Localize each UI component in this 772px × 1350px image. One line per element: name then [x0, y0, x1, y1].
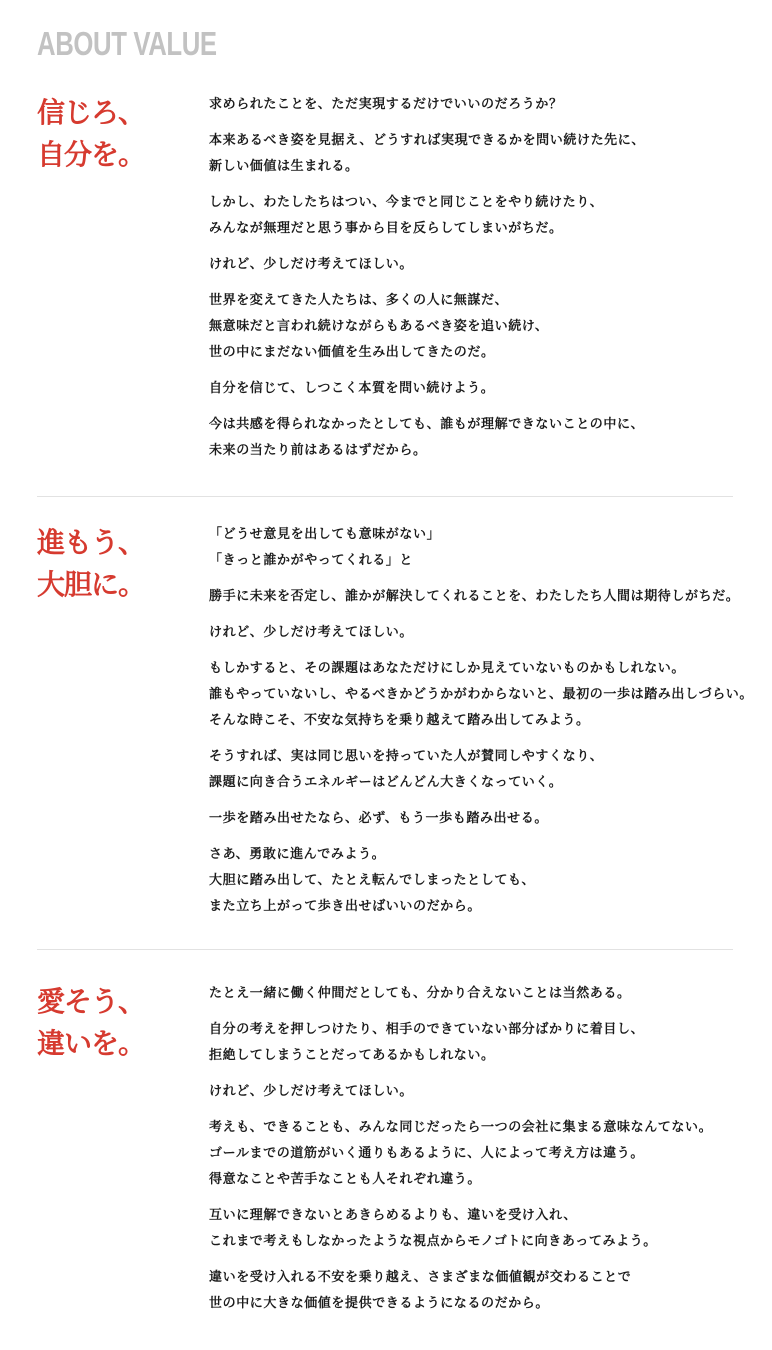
text-line: けれど、少しだけ考えてほしい。 — [209, 252, 769, 278]
paragraph: 本来あるべき姿を見据え、どうすれば実現できるかを問い続けた先に、 新しい価値は生… — [209, 128, 769, 180]
text-line: 誰もやっていないし、やるべきかどうかがわからないと、最初の一歩は踏み出しづらい。 — [209, 682, 769, 708]
heading-line: 違いを。 — [37, 1023, 145, 1065]
heading-line: 進もう、 — [37, 522, 145, 564]
paragraph: 自分を信じて、しつこく本質を問い続けよう。 — [209, 376, 769, 402]
paragraph: けれど、少しだけ考えてほしい。 — [209, 1079, 769, 1105]
text-line: もしかすると、その課題はあなただけにしか見えていないものかもしれない。 — [209, 656, 769, 682]
paragraph: もしかすると、その課題はあなただけにしか見えていないものかもしれない。 誰もやっ… — [209, 656, 769, 734]
text-line: 未来の当たり前はあるはずだから。 — [209, 438, 769, 464]
text-line: 得意なことや苦手なことも人それぞれ違う。 — [209, 1167, 769, 1193]
paragraph: 「どうせ意見を出しても意味がない」 「きっと誰かがやってくれる」と — [209, 522, 769, 574]
paragraph: けれど、少しだけ考えてほしい。 — [209, 252, 769, 278]
section-body: たとえ一緒に働く仲間だとしても、分かり合えないことは当然ある。 自分の考えを押し… — [209, 981, 769, 1327]
section-heading: 信じろ、 自分を。 — [37, 92, 145, 176]
text-line: 自分を信じて、しつこく本質を問い続けよう。 — [209, 376, 769, 402]
text-line: けれど、少しだけ考えてほしい。 — [209, 1079, 769, 1105]
text-line: 「きっと誰かがやってくれる」と — [209, 548, 769, 574]
text-line: みんなが無理だと思う事から目を反らしてしまいがちだ。 — [209, 216, 769, 242]
text-line: 一歩を踏み出せたなら、必ず、もう一歩も踏み出せる。 — [209, 806, 769, 832]
paragraph: 一歩を踏み出せたなら、必ず、もう一歩も踏み出せる。 — [209, 806, 769, 832]
section-body: 「どうせ意見を出しても意味がない」 「きっと誰かがやってくれる」と 勝手に未来を… — [209, 522, 769, 930]
text-line: 新しい価値は生まれる。 — [209, 154, 769, 180]
paragraph: 違いを受け入れる不安を乗り越え、さまざまな価値観が交わることで 世の中に大きな価… — [209, 1265, 769, 1317]
paragraph: さあ、勇敢に進んでみよう。 大胆に踏み出して、たとえ転んでしまったとしても、 ま… — [209, 842, 769, 920]
text-line: 拒絶してしまうことだってあるかもしれない。 — [209, 1043, 769, 1069]
text-line: 世の中に大きな価値を提供できるようになるのだから。 — [209, 1291, 769, 1317]
text-line: 本来あるべき姿を見据え、どうすれば実現できるかを問い続けた先に、 — [209, 128, 769, 154]
text-line: 違いを受け入れる不安を乗り越え、さまざまな価値観が交わることで — [209, 1265, 769, 1291]
text-line: 互いに理解できないとあきらめるよりも、違いを受け入れ、 — [209, 1203, 769, 1229]
text-line: そんな時こそ、不安な気持ちを乗り越えて踏み出してみよう。 — [209, 708, 769, 734]
text-line: 無意味だと言われ続けながらもあるべき姿を追い続け、 — [209, 314, 769, 340]
paragraph: けれど、少しだけ考えてほしい。 — [209, 620, 769, 646]
paragraph: 勝手に未来を否定し、誰かが解決してくれることを、わたしたち人間は期待しがちだ。 — [209, 584, 769, 610]
text-line: また立ち上がって歩き出せばいいのだから。 — [209, 894, 769, 920]
heading-line: 愛そう、 — [37, 981, 145, 1023]
paragraph: 考えも、できることも、みんな同じだったら一つの会社に集まる意味なんてない。 ゴー… — [209, 1115, 769, 1193]
paragraph: 今は共感を得られなかったとしても、誰もが理解できないことの中に、 未来の当たり前… — [209, 412, 769, 464]
text-line: 求められたことを、ただ実現するだけでいいのだろうか？ — [209, 92, 769, 118]
heading-line: 信じろ、 — [37, 92, 145, 134]
section-body: 求められたことを、ただ実現するだけでいいのだろうか？ 本来あるべき姿を見据え、ど… — [209, 92, 769, 474]
text-line: さあ、勇敢に進んでみよう。 — [209, 842, 769, 868]
text-line: 考えも、できることも、みんな同じだったら一つの会社に集まる意味なんてない。 — [209, 1115, 769, 1141]
section-divider — [37, 949, 733, 950]
paragraph: そうすれば、実は同じ思いを持っていた人が賛同しやすくなり、 課題に向き合うエネル… — [209, 744, 769, 796]
text-line: しかし、わたしたちはつい、今までと同じことをやり続けたり、 — [209, 190, 769, 216]
page-title: ABOUT VALUE — [37, 24, 217, 64]
paragraph: 互いに理解できないとあきらめるよりも、違いを受け入れ、 これまで考えもしなかった… — [209, 1203, 769, 1255]
heading-line: 大胆に。 — [37, 564, 145, 606]
text-line: 世界を変えてきた人たちは、多くの人に無謀だ、 — [209, 288, 769, 314]
text-line: 「どうせ意見を出しても意味がない」 — [209, 522, 769, 548]
paragraph: たとえ一緒に働く仲間だとしても、分かり合えないことは当然ある。 — [209, 981, 769, 1007]
section-heading: 進もう、 大胆に。 — [37, 522, 145, 606]
text-line: たとえ一緒に働く仲間だとしても、分かり合えないことは当然ある。 — [209, 981, 769, 1007]
text-line: 今は共感を得られなかったとしても、誰もが理解できないことの中に、 — [209, 412, 769, 438]
section-divider — [37, 496, 733, 497]
text-line: これまで考えもしなかったような視点からモノゴトに向きあってみよう。 — [209, 1229, 769, 1255]
text-line: 世の中にまだない価値を生み出してきたのだ。 — [209, 340, 769, 366]
paragraph: しかし、わたしたちはつい、今までと同じことをやり続けたり、 みんなが無理だと思う… — [209, 190, 769, 242]
text-line: けれど、少しだけ考えてほしい。 — [209, 620, 769, 646]
text-line: ゴールまでの道筋がいく通りもあるように、人によって考え方は違う。 — [209, 1141, 769, 1167]
paragraph: 求められたことを、ただ実現するだけでいいのだろうか？ — [209, 92, 769, 118]
heading-line: 自分を。 — [37, 134, 145, 176]
text-line: 勝手に未来を否定し、誰かが解決してくれることを、わたしたち人間は期待しがちだ。 — [209, 584, 769, 610]
text-line: そうすれば、実は同じ思いを持っていた人が賛同しやすくなり、 — [209, 744, 769, 770]
text-line: 課題に向き合うエネルギーはどんどん大きくなっていく。 — [209, 770, 769, 796]
text-line: 自分の考えを押しつけたり、相手のできていない部分ばかりに着目し、 — [209, 1017, 769, 1043]
text-line: 大胆に踏み出して、たとえ転んでしまったとしても、 — [209, 868, 769, 894]
paragraph: 世界を変えてきた人たちは、多くの人に無謀だ、 無意味だと言われ続けながらもあるべ… — [209, 288, 769, 366]
section-heading: 愛そう、 違いを。 — [37, 981, 145, 1065]
paragraph: 自分の考えを押しつけたり、相手のできていない部分ばかりに着目し、 拒絶してしまう… — [209, 1017, 769, 1069]
